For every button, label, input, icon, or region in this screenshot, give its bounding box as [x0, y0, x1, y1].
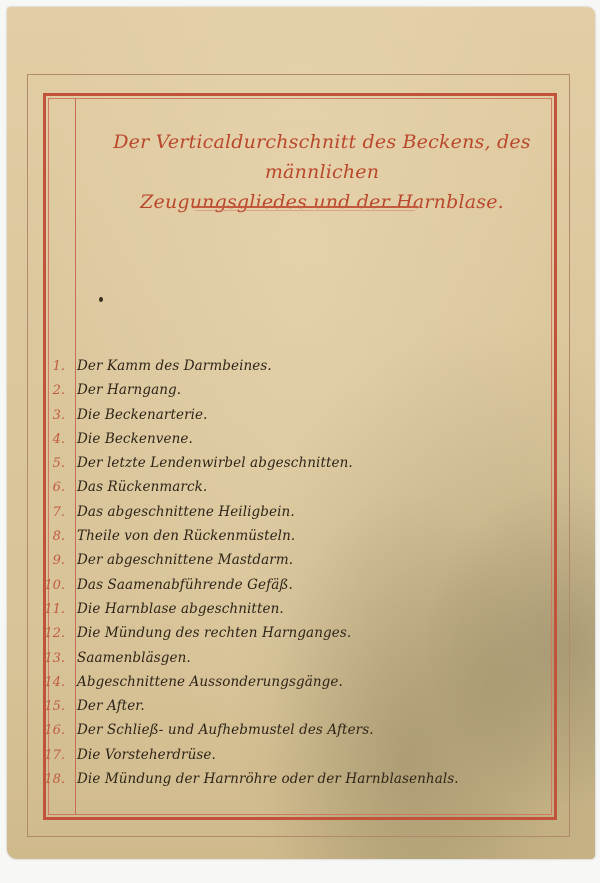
- legend-text: Die Harnblase abgeschnitten.: [69, 601, 284, 617]
- legend-item: 1. Der Kamm des Darmbeines.: [7, 358, 567, 382]
- legend-number: 3.: [7, 408, 69, 423]
- legend-text: Der letzte Lendenwirbel abgeschnitten.: [69, 455, 353, 471]
- legend-text: Die Beckenarterie.: [69, 407, 208, 423]
- title-line-1: Der Verticaldurchschnitt des Beckens, de…: [87, 127, 557, 187]
- legend-number: 8.: [7, 529, 69, 544]
- title-line-2: Zeugungsgliedes und der Harnblase.: [87, 187, 557, 217]
- legend-text: Die Mündung der Harnröhre oder der Harnb…: [69, 771, 459, 787]
- manuscript-page: Der Verticaldurchschnitt des Beckens, de…: [7, 7, 595, 859]
- legend-text: Das Saamenabführende Gefäß.: [69, 577, 293, 593]
- legend-text: Der abgeschnittene Mastdarm.: [69, 552, 293, 568]
- legend-text: Die Beckenvene.: [69, 431, 193, 447]
- ink-speck: [99, 297, 103, 302]
- legend-item: 17. Die Vorsteherdrüse.: [7, 747, 567, 771]
- legend-item: 10. Das Saamenabführende Gefäß.: [7, 577, 567, 601]
- legend-text: Der Kamm des Darmbeines.: [69, 358, 272, 374]
- legend-text: Das Rückenmarck.: [69, 479, 207, 495]
- legend-number: 17.: [7, 748, 69, 763]
- legend-number: 11.: [7, 602, 69, 617]
- legend-text: Der After.: [69, 698, 145, 714]
- legend-item: 16. Der Schließ- und Aufhebmustel des Af…: [7, 722, 567, 746]
- legend-text: Der Harngang.: [69, 382, 181, 398]
- legend-text: Saamenbläsgen.: [69, 650, 191, 666]
- page-title: Der Verticaldurchschnitt des Beckens, de…: [87, 127, 557, 217]
- legend-number: 16.: [7, 723, 69, 738]
- legend-number: 1.: [7, 359, 69, 374]
- legend-item: 4. Die Beckenvene.: [7, 431, 567, 455]
- legend-number: 6.: [7, 480, 69, 495]
- legend-item: 8. Theile von den Rückenmüsteln.: [7, 528, 567, 552]
- legend-item: 3. Die Beckenarterie.: [7, 407, 567, 431]
- legend-item: 9. Der abgeschnittene Mastdarm.: [7, 552, 567, 576]
- title-underline-shadow: [195, 210, 415, 211]
- legend-number: 10.: [7, 578, 69, 593]
- legend-text: Das abgeschnittene Heiligbein.: [69, 504, 295, 520]
- legend-text: Der Schließ- und Aufhebmustel des Afters…: [69, 722, 374, 738]
- legend-number: 4.: [7, 432, 69, 447]
- title-underline: [193, 206, 418, 208]
- legend-number: 12.: [7, 626, 69, 641]
- legend-item: 5. Der letzte Lendenwirbel abgeschnitten…: [7, 455, 567, 479]
- legend-number: 14.: [7, 675, 69, 690]
- legend-list: 1. Der Kamm des Darmbeines. 2. Der Harng…: [7, 358, 567, 795]
- legend-text: Die Mündung des rechten Harnganges.: [69, 625, 351, 641]
- legend-text: Theile von den Rückenmüsteln.: [69, 528, 295, 544]
- legend-number: 18.: [7, 772, 69, 787]
- legend-number: 7.: [7, 505, 69, 520]
- legend-number: 9.: [7, 553, 69, 568]
- legend-number: 15.: [7, 699, 69, 714]
- legend-text: Abgeschnittene Aussonderungsgänge.: [69, 674, 343, 690]
- legend-item: 13. Saamenbläsgen.: [7, 650, 567, 674]
- legend-number: 2.: [7, 383, 69, 398]
- legend-item: 14. Abgeschnittene Aussonderungsgänge.: [7, 674, 567, 698]
- legend-text: Die Vorsteherdrüse.: [69, 747, 216, 763]
- legend-number: 5.: [7, 456, 69, 471]
- legend-item: 15. Der After.: [7, 698, 567, 722]
- legend-item: 2. Der Harngang.: [7, 382, 567, 406]
- legend-number: 13.: [7, 651, 69, 666]
- legend-item: 12. Die Mündung des rechten Harnganges.: [7, 625, 567, 649]
- legend-item: 18. Die Mündung der Harnröhre oder der H…: [7, 771, 567, 795]
- legend-item: 7. Das abgeschnittene Heiligbein.: [7, 504, 567, 528]
- legend-item: 11. Die Harnblase abgeschnitten.: [7, 601, 567, 625]
- legend-item: 6. Das Rückenmarck.: [7, 479, 567, 503]
